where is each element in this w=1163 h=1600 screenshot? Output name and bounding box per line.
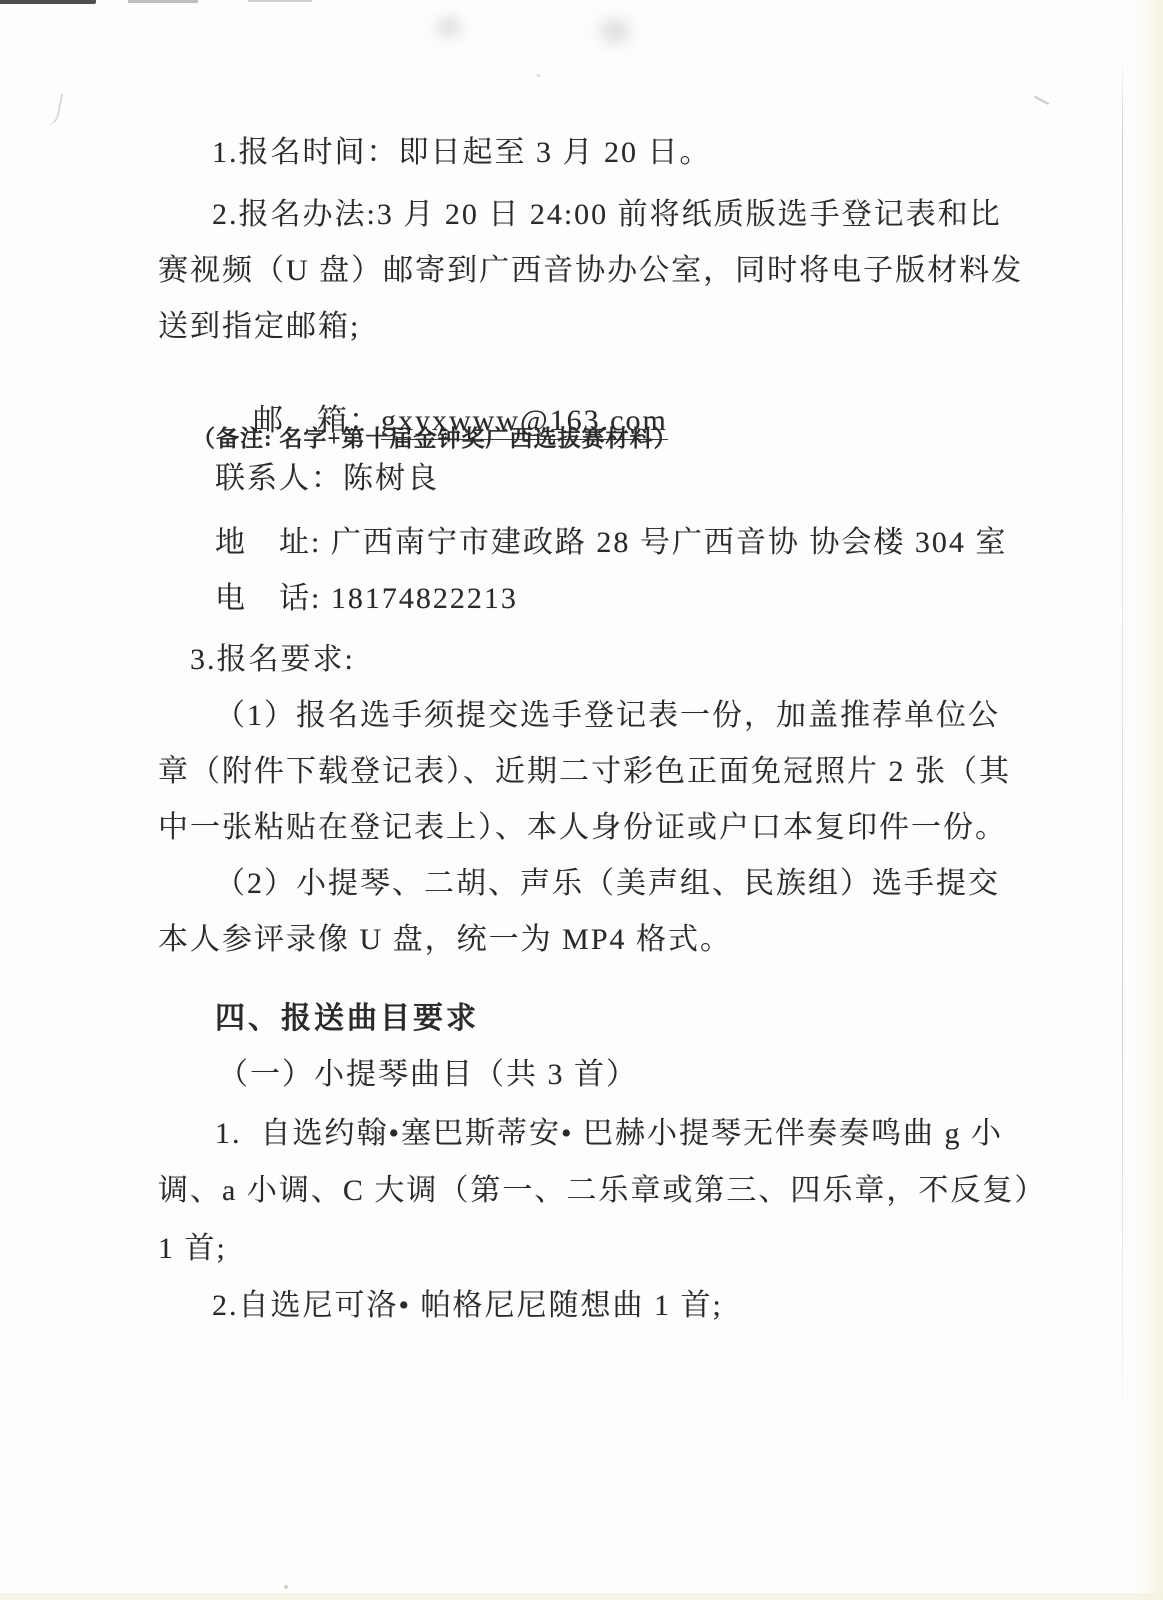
violin-item-1-line: 1 首; bbox=[158, 1230, 227, 1268]
scan-smudge bbox=[41, 91, 64, 128]
scan-smudge bbox=[284, 1585, 288, 1589]
registration-method-line: 赛视频（U 盘）邮寄到广西音协办公室，同时将电子版材料发 bbox=[158, 252, 1023, 290]
registration-time-line: 1.报名时间：即日起至 3 月 20 日。 bbox=[212, 134, 712, 172]
requirement-1-line: 章（附件下载登记表）、近期二寸彩色正面免冠照片 2 张（其 bbox=[158, 753, 1011, 791]
registration-method-line: 2.报名办法:3 月 20 日 24:00 前将纸质版选手登记表和比 bbox=[212, 196, 1002, 234]
scan-edge-tint bbox=[1137, 0, 1163, 1600]
scan-page-edge-shadow bbox=[1122, 56, 1123, 1456]
scan-smudge bbox=[536, 74, 541, 77]
section-heading: 四、报送曲目要求 bbox=[215, 1000, 479, 1038]
requirement-2-line: 本人参评录像 U 盘，统一为 MP4 格式。 bbox=[158, 921, 732, 959]
scan-edge-artifact bbox=[0, 0, 96, 4]
violin-subsection-heading: （一）小提琴曲目（共 3 首） bbox=[218, 1056, 638, 1094]
violin-item-1-line: 1. 自选约翰•塞巴斯蒂安• 巴赫小提琴无伴奏奏鸣曲 g 小 bbox=[215, 1115, 1003, 1153]
violin-item-2-line: 2.自选尼可洛• 帕格尼尼随想曲 1 首; bbox=[212, 1287, 723, 1325]
contact-person-line: 联系人：陈树良 bbox=[215, 460, 439, 498]
violin-item-1-line: 调、a 小调、C 大调（第一、二乐章或第三、四乐章，不反复） bbox=[158, 1172, 1046, 1210]
requirements-title-line: 3.报名要求: bbox=[190, 641, 355, 679]
registration-method-line: 送到指定邮箱; bbox=[158, 308, 360, 346]
requirement-2-line: （2）小提琴、二胡、声乐（美声组、民族组）选手提交 bbox=[215, 865, 1000, 903]
scan-smudge bbox=[1034, 87, 1054, 105]
scan-smudge bbox=[436, 16, 462, 38]
phone-line: 电 话: 18174822213 bbox=[215, 580, 518, 618]
scan-edge-artifact bbox=[128, 0, 198, 3]
requirement-1-line: 中一张粘贴在登记表上）、本人身份证或户口本复印件一份。 bbox=[158, 809, 1007, 847]
address-line: 地 址: 广西南宁市建政路 28 号广西音协 协会楼 304 室 bbox=[215, 524, 1007, 562]
scan-smudge bbox=[600, 18, 630, 44]
scan-edge-artifact bbox=[248, 0, 312, 2]
scanned-document-page: 1.报名时间：即日起至 3 月 20 日。 2.报名办法:3 月 20 日 24… bbox=[0, 0, 1163, 1600]
scan-edge-tint bbox=[0, 1593, 1163, 1600]
email-note-line: （备注: 名字+第十届金钟奖广西选拔赛材料） bbox=[192, 424, 678, 454]
requirement-1-line: （1）报名选手须提交选手登记表一份，加盖推荐单位公 bbox=[215, 697, 1000, 735]
